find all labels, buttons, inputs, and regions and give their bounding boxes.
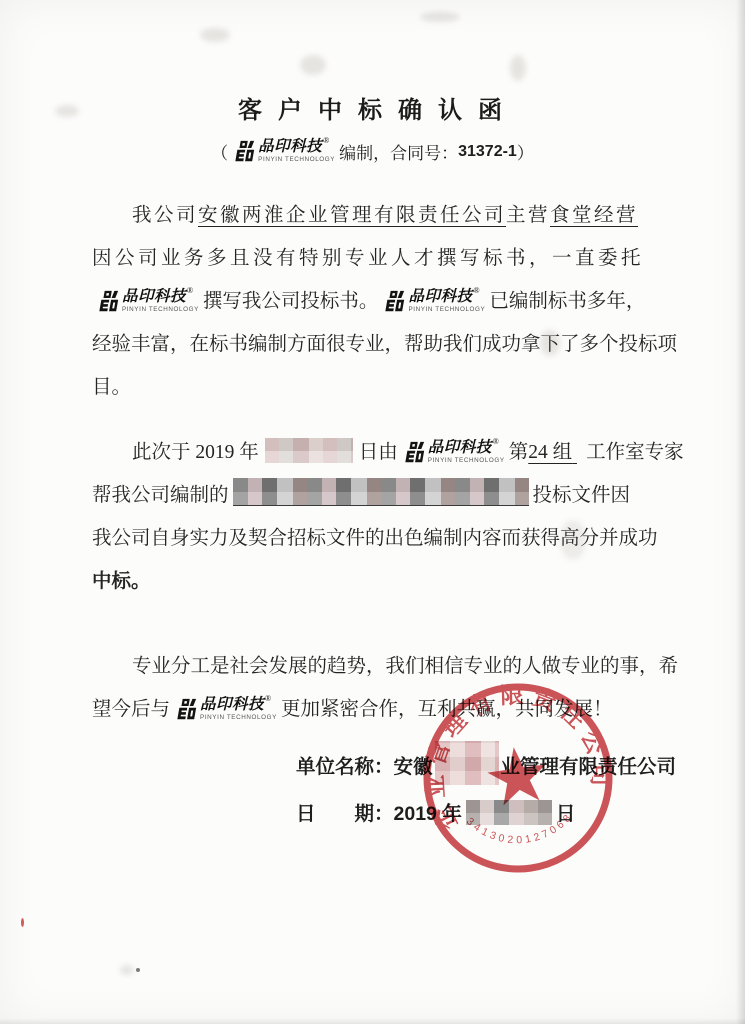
p1-line2: 因公司业务多且没有特别专业人才撰写标书，一直委托 <box>92 237 653 280</box>
p1-line5: 目。 <box>92 366 653 409</box>
seal-svg: 企业管理有限责任公司 3413020127068 <box>405 665 631 891</box>
scanned-letter-page: 客 户 中 标 确 认 函 （ 品印科技® PINYIN TECHNOLOGY <box>0 0 745 1024</box>
pinyin-logo: 品印科技®PINYIN TECHNOLOGY <box>96 289 199 314</box>
close-paren: ） <box>517 139 534 164</box>
scan-smudge <box>560 520 586 560</box>
org-label: 单位名称： <box>296 757 394 778</box>
subtitle-line: （ 品印科技® PINYIN TECHNOLOGY 编制，合同号：31372-1… <box>92 139 653 164</box>
ink-speck <box>136 968 140 972</box>
scan-smudge <box>120 965 134 975</box>
scan-smudge <box>510 55 526 81</box>
pinyin-logo-icon <box>96 289 119 314</box>
page-title: 客 户 中 标 确 认 函 <box>92 0 653 125</box>
underlined-business: 食堂经营 <box>550 205 638 226</box>
pinyin-logo: 品印科技®PINYIN TECHNOLOGY <box>402 440 505 465</box>
pinyin-logo-icon <box>232 139 255 164</box>
scan-smudge <box>200 28 230 42</box>
p2-line1: 此次于 2019 年日由 品印科技®PINYIN TECHNOLOGY 第24 … <box>92 431 653 474</box>
redacted-date-mosaic <box>265 438 353 463</box>
paragraph-2: 此次于 2019 年日由 品印科技®PINYIN TECHNOLOGY 第24 … <box>92 431 653 603</box>
redacted-project-mosaic <box>233 478 529 506</box>
subtitle-text: 编制，合同号： <box>339 139 458 164</box>
underlined-team-number: 24 组 <box>528 442 572 463</box>
open-paren: （ <box>211 139 228 164</box>
red-speck <box>21 918 24 927</box>
pinyin-logo-icon <box>174 697 197 722</box>
scan-smudge <box>420 12 460 22</box>
pinyin-logo: 品印科技® PINYIN TECHNOLOGY <box>232 139 335 164</box>
seal-star-icon <box>484 743 550 807</box>
scan-smudge <box>55 105 79 117</box>
pinyin-logo: 品印科技®PINYIN TECHNOLOGY <box>382 289 485 314</box>
date-label: 日 期： <box>296 804 394 825</box>
p1-line1: 我公司安徽两淮企业管理有限责任公司主营食堂经营 <box>92 194 653 237</box>
registered-mark: ® <box>323 137 329 145</box>
p1-line3: 品印科技®PINYIN TECHNOLOGY 撰写我公司投标书。 品印科技®PI… <box>92 280 653 323</box>
scan-smudge <box>300 55 326 75</box>
contract-number: 31372-1 <box>458 143 517 161</box>
company-seal-stamp: 企业管理有限责任公司 3413020127068 <box>405 665 631 891</box>
brand-name: 品印科技 <box>258 139 322 155</box>
seal-number: 3413020127068 <box>463 801 579 854</box>
p2-line4-win-bid: 中标。 <box>92 560 653 603</box>
scan-edge-shadow <box>0 1018 745 1024</box>
underlined-company-name: 安徽两淮企业管理有限责任公司 <box>198 205 506 226</box>
p2-line2: 帮我公司编制的投标文件因 <box>92 474 653 517</box>
p1-line4: 经验丰富，在标书编制方面很专业，帮助我们成功拿下了多个投标项 <box>92 323 653 366</box>
scan-edge-shadow <box>736 0 745 1024</box>
pinyin-logo-icon <box>402 440 425 465</box>
svg-text:3413020127068: 3413020127068 <box>463 801 579 854</box>
brand-subtext: PINYIN TECHNOLOGY <box>258 157 335 163</box>
pinyin-logo-icon <box>382 289 405 314</box>
scan-smudge <box>540 330 560 356</box>
pinyin-logo: 品印科技®PINYIN TECHNOLOGY <box>174 697 277 722</box>
paragraph-1: 我公司安徽两淮企业管理有限责任公司主营食堂经营 因公司业务多且没有特别专业人才撰… <box>92 194 653 409</box>
